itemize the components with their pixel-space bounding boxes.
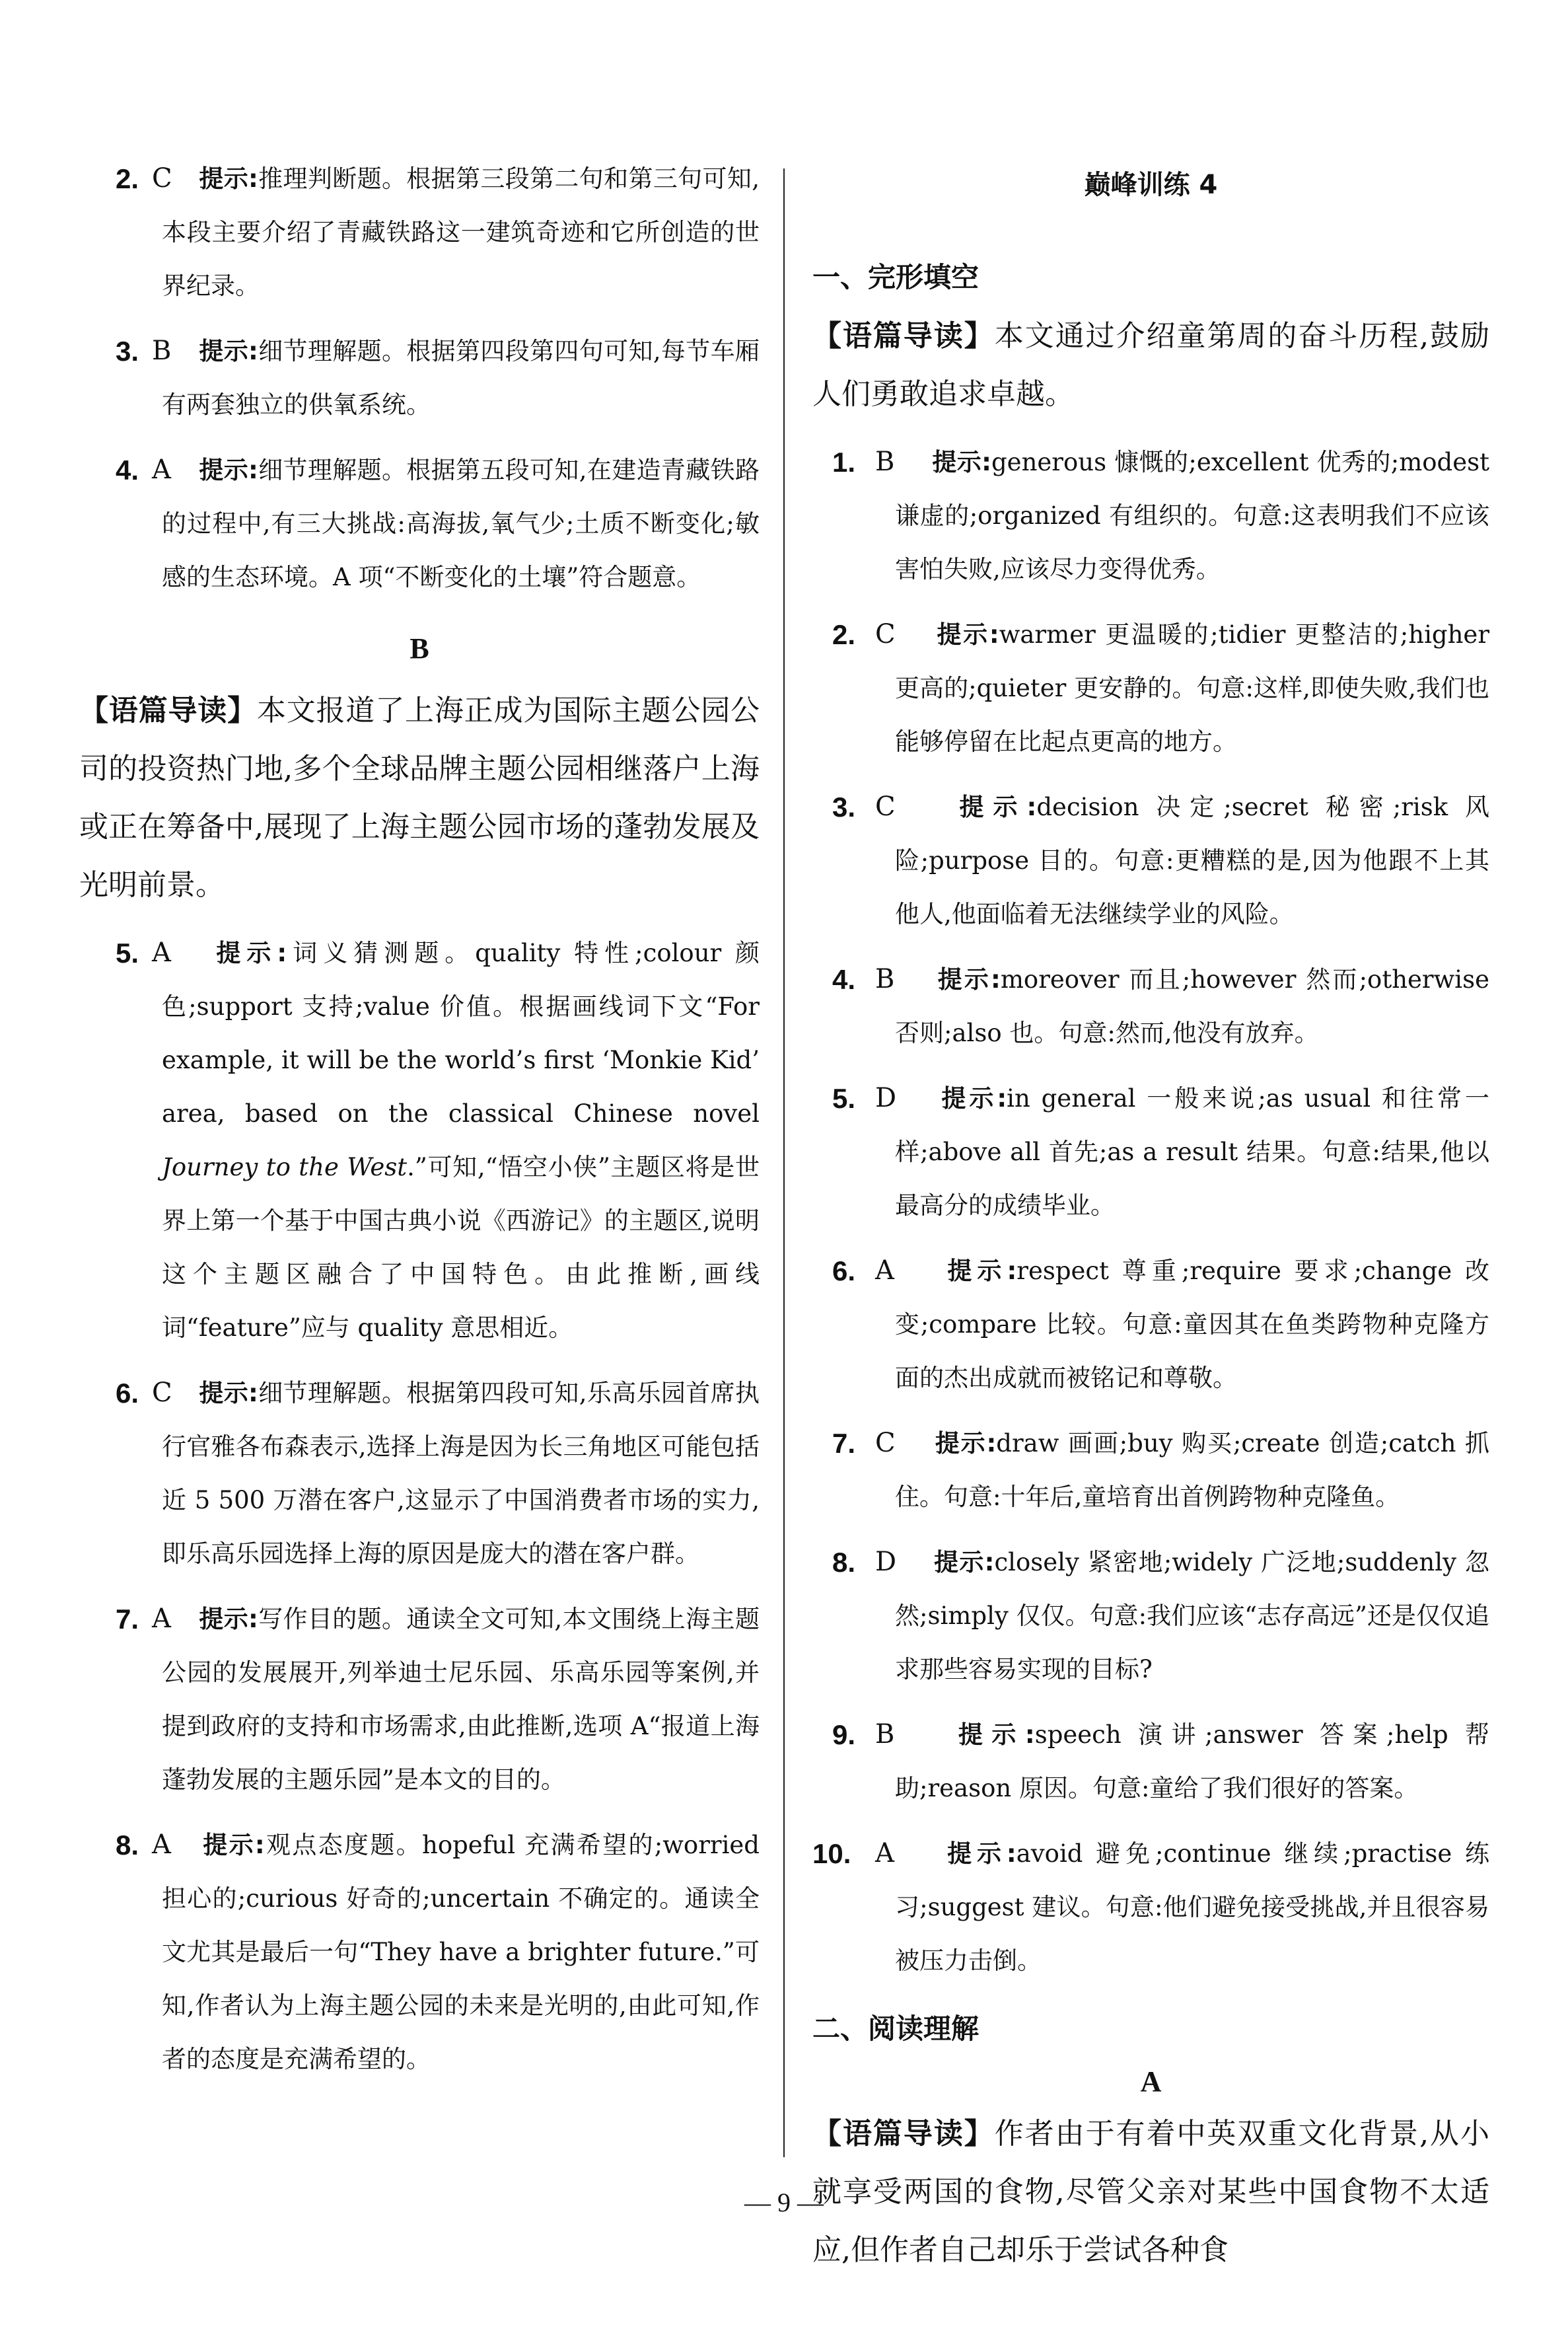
book-title: Journey to the West [162, 1153, 407, 1181]
answer-letter: B [152, 324, 171, 378]
answer-item: 1.B 提示:generous 慷慨的;excellent 优秀的;modest… [812, 435, 1489, 596]
section-1-guide: 【语篇导读】本文通过介绍童第周的奋斗历程,鼓励人们勇敢追求卓越。 [812, 307, 1489, 424]
answer-letter: A [152, 926, 171, 980]
question-number: 8. [832, 1535, 855, 1589]
hint-label: 提示: [935, 1429, 996, 1458]
left-column: 2.C 提示:推理判断题。根据第三段第二句和第三句可知,本段主要介绍了青藏铁路这… [79, 152, 760, 2098]
answer-item: 8.A 提示:观点态度题。hopeful 充满希望的;worried 担心的;c… [79, 1818, 760, 2086]
answer-letter: D [875, 1072, 896, 1125]
answer-item: 7.A 提示:写作目的题。通读全文可知,本文围绕上海主题公园的发展展开,列举迪士… [79, 1592, 760, 1806]
hint-label: 提示: [958, 1720, 1035, 1749]
hint-label: 提示: [947, 1839, 1016, 1868]
question-number: 6. [832, 1244, 855, 1298]
hint-label: 提示: [199, 165, 258, 193]
answer-item: 8.D 提示:closely 紧密地;widely 广泛地;suddenly 忽… [812, 1535, 1489, 1696]
question-number: 6. [116, 1366, 139, 1420]
answer-item: 4.A 提示:细节理解题。根据第五段可知,在建造青藏铁路的过程中,有三大挑战:高… [79, 443, 760, 604]
question-number: 4. [116, 443, 139, 497]
answer-item: 2.C 提示:warmer 更温暖的;tidier 更整洁的;higher 更高… [812, 608, 1489, 768]
hint-label: 提示: [199, 1605, 258, 1633]
answer-letter: B [875, 953, 894, 1006]
hint-label: 提示: [934, 1548, 994, 1576]
answer-item: 4.B 提示:moreover 而且;however 然而;otherwise … [812, 953, 1489, 1060]
hint-label: 提示: [216, 939, 287, 967]
right-column: 巅峰训练 4 一、完形填空 【语篇导读】本文通过介绍童第周的奋斗历程,鼓励人们勇… [812, 152, 1489, 2279]
answer-letter: A [875, 1244, 894, 1298]
question-number: 7. [116, 1592, 139, 1646]
hint-label: 提示: [959, 793, 1036, 821]
question-number: 3. [832, 780, 855, 834]
question-number: 4. [832, 953, 855, 1006]
passage-b-heading: B [79, 616, 760, 682]
answer-letter: D [875, 1535, 896, 1589]
answer-letter: A [875, 1827, 894, 1880]
question-number: 2. [832, 608, 855, 661]
hint-label: 提示: [203, 1831, 264, 1859]
hint-label: 提示: [199, 337, 258, 365]
answer-letter: B [875, 1708, 894, 1761]
hint-label: 提示: [199, 456, 258, 484]
answer-letter: B [875, 435, 894, 489]
answer-letter: A [152, 443, 171, 497]
answer-item: 3.C 提示:decision 决定;secret 秘密;risk 风险;pur… [812, 780, 1489, 941]
answer-letter: A [152, 1592, 171, 1646]
answer-item: 3.B 提示:细节理解题。根据第四段第四句可知,每节车厢有两套独立的供氧系统。 [79, 324, 760, 431]
hint-text: 观点态度题。hopeful 充满希望的;worried 担心的;curious … [162, 1831, 760, 2073]
section-2-title: 二、阅读理解 [812, 1999, 1489, 2059]
answer-item: 6.A 提示:respect 尊重;require 要求;change 改变;c… [812, 1244, 1489, 1405]
hint-label: 提示: [947, 1257, 1016, 1285]
question-number: 3. [116, 324, 139, 378]
question-number: 2. [116, 152, 139, 205]
answer-letter: C [152, 1366, 172, 1420]
question-number: 8. [116, 1818, 139, 1872]
answer-item: 9.B 提示:speech 演讲;answer 答案;help 帮助;reaso… [812, 1708, 1489, 1815]
question-number: 7. [832, 1417, 855, 1470]
guide-tag: 【语篇导读】 [812, 319, 995, 353]
answer-letter: C [875, 780, 896, 834]
answer-item: 5.A 提示:词义猜测题。quality 特性;colour 颜色;suppor… [79, 926, 760, 1354]
question-number: 10. [812, 1827, 851, 1880]
passage-b-guide: 【语篇导读】本文报道了上海正成为国际主题公园公司的投资热门地,多个全球品牌主题公… [79, 682, 760, 914]
question-number: 5. [116, 926, 139, 980]
hint-label: 提示: [937, 620, 999, 649]
passage-a-heading: A [812, 2059, 1489, 2105]
page-title: 巅峰训练 4 [812, 152, 1489, 218]
section-1-title: 一、完形填空 [812, 248, 1489, 307]
hint-label: 提示: [941, 1084, 1007, 1113]
answer-item: 7.C 提示:draw 画画;buy 购买;create 创造;catch 抓住… [812, 1417, 1489, 1524]
column-divider [783, 168, 785, 2157]
question-number: 1. [832, 435, 855, 489]
guide-tag: 【语篇导读】 [79, 694, 257, 727]
hint-label: 提示: [938, 965, 1001, 994]
answer-item: 6.C 提示:细节理解题。根据第四段可知,乐高乐园首席执行官雅各布森表示,选择上… [79, 1366, 760, 1580]
answer-letter: A [152, 1818, 171, 1872]
question-number: 9. [832, 1708, 855, 1761]
hint-label: 提示: [199, 1379, 258, 1407]
page-number: — 9 — [0, 2187, 1568, 2218]
answer-letter: C [875, 1417, 896, 1470]
answer-item: 5.D 提示:in general 一般来说;as usual 和往常一样;ab… [812, 1072, 1489, 1232]
answer-item: 2.C 提示:推理判断题。根据第三段第二句和第三句可知,本段主要介绍了青藏铁路这… [79, 152, 760, 313]
answer-item: 10.A 提示:avoid 避免;continue 继续;practise 练习… [812, 1827, 1489, 1987]
guide-tag: 【语篇导读】 [812, 2117, 995, 2151]
hint-label: 提示: [932, 448, 991, 476]
answer-letter: C [875, 608, 896, 661]
question-number: 5. [832, 1072, 855, 1125]
answer-letter: C [152, 152, 172, 205]
